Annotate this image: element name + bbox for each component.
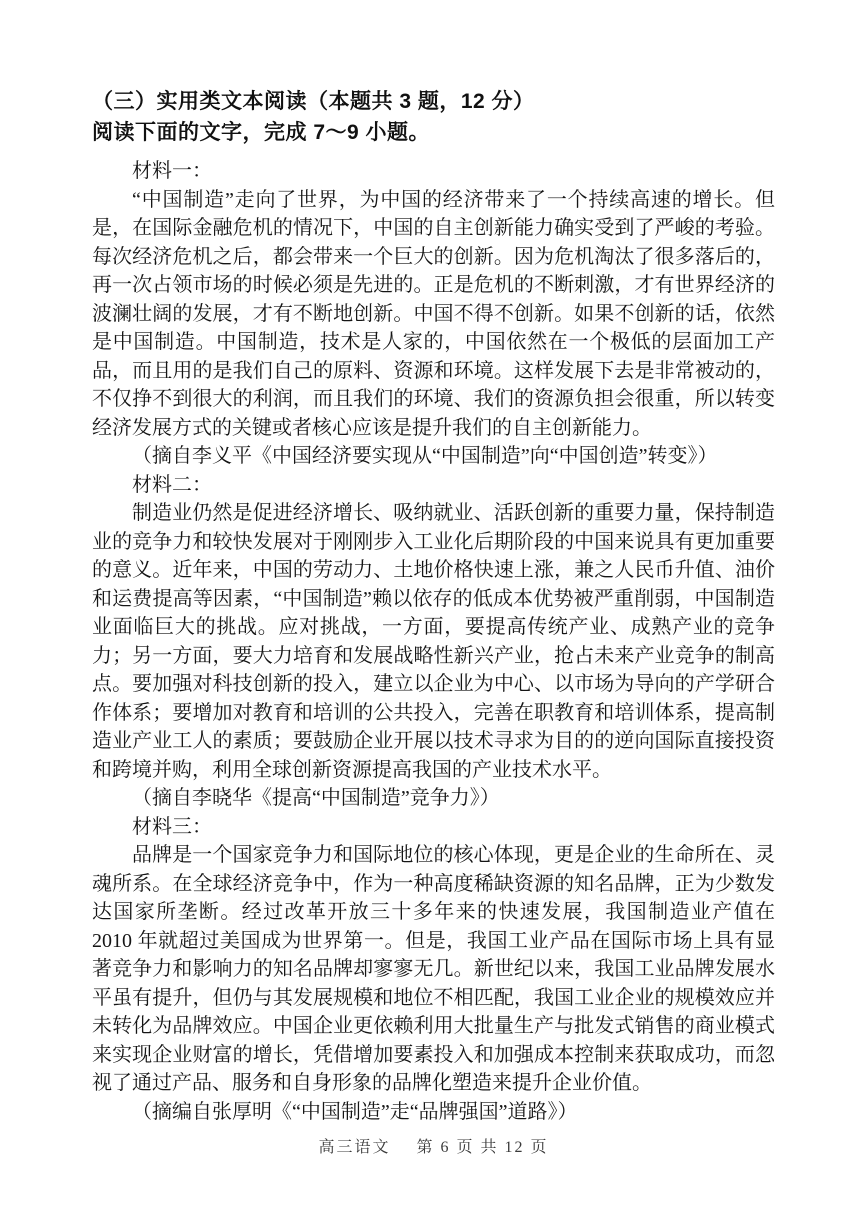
material-3: 材料三： 品牌是一个国家竞争力和国际地位的核心体现，更是企业的生命所在、灵魂所系… [92, 813, 775, 1127]
instruction-line: 阅读下面的文字，完成 7～9 小题。 [92, 117, 775, 148]
section-heading: （三）实用类文本阅读（本题共 3 题，12 分） [92, 86, 775, 117]
material-1-text: “中国制造”走向了世界，为中国的经济带来了一个持续高速的增长。但是，在国际金融危… [92, 186, 775, 443]
footer-course-label: 高三语文 [318, 1139, 390, 1156]
material-2-source: （摘自李晓华《提高“中国制造”竞争力》） [92, 784, 775, 813]
page-footer: 高三语文第 6 页 共 12 页 [92, 1134, 775, 1157]
footer-page-number: 第 6 页 共 12 页 [417, 1139, 549, 1156]
page-content: （三）实用类文本阅读（本题共 3 题，12 分） 阅读下面的文字，完成 7～9 … [92, 86, 775, 1126]
material-3-text: 品牌是一个国家竞争力和国际地位的核心体现，更是企业的生命所在、灵魂所系。在全球经… [92, 841, 775, 1098]
material-1: 材料一： “中国制造”走向了世界，为中国的经济带来了一个持续高速的增长。但是，在… [92, 157, 775, 471]
material-2-label: 材料二： [92, 471, 775, 500]
material-1-source: （摘自李义平《中国经济要实现从“中国制造”向“中国创造”转变》） [92, 442, 775, 471]
material-1-label: 材料一： [92, 157, 775, 186]
material-2: 材料二： 制造业仍然是促进经济增长、吸纳就业、活跃创新的重要力量，保持制造业的竞… [92, 471, 775, 813]
material-2-text: 制造业仍然是促进经济增长、吸纳就业、活跃创新的重要力量，保持制造业的竞争力和较快… [92, 499, 775, 784]
exam-page: （三）实用类文本阅读（本题共 3 题，12 分） 阅读下面的文字，完成 7～9 … [0, 0, 865, 1224]
material-3-label: 材料三： [92, 813, 775, 842]
material-3-source: （摘编自张厚明《“中国制造”走“品牌强国”道路》） [92, 1098, 775, 1127]
